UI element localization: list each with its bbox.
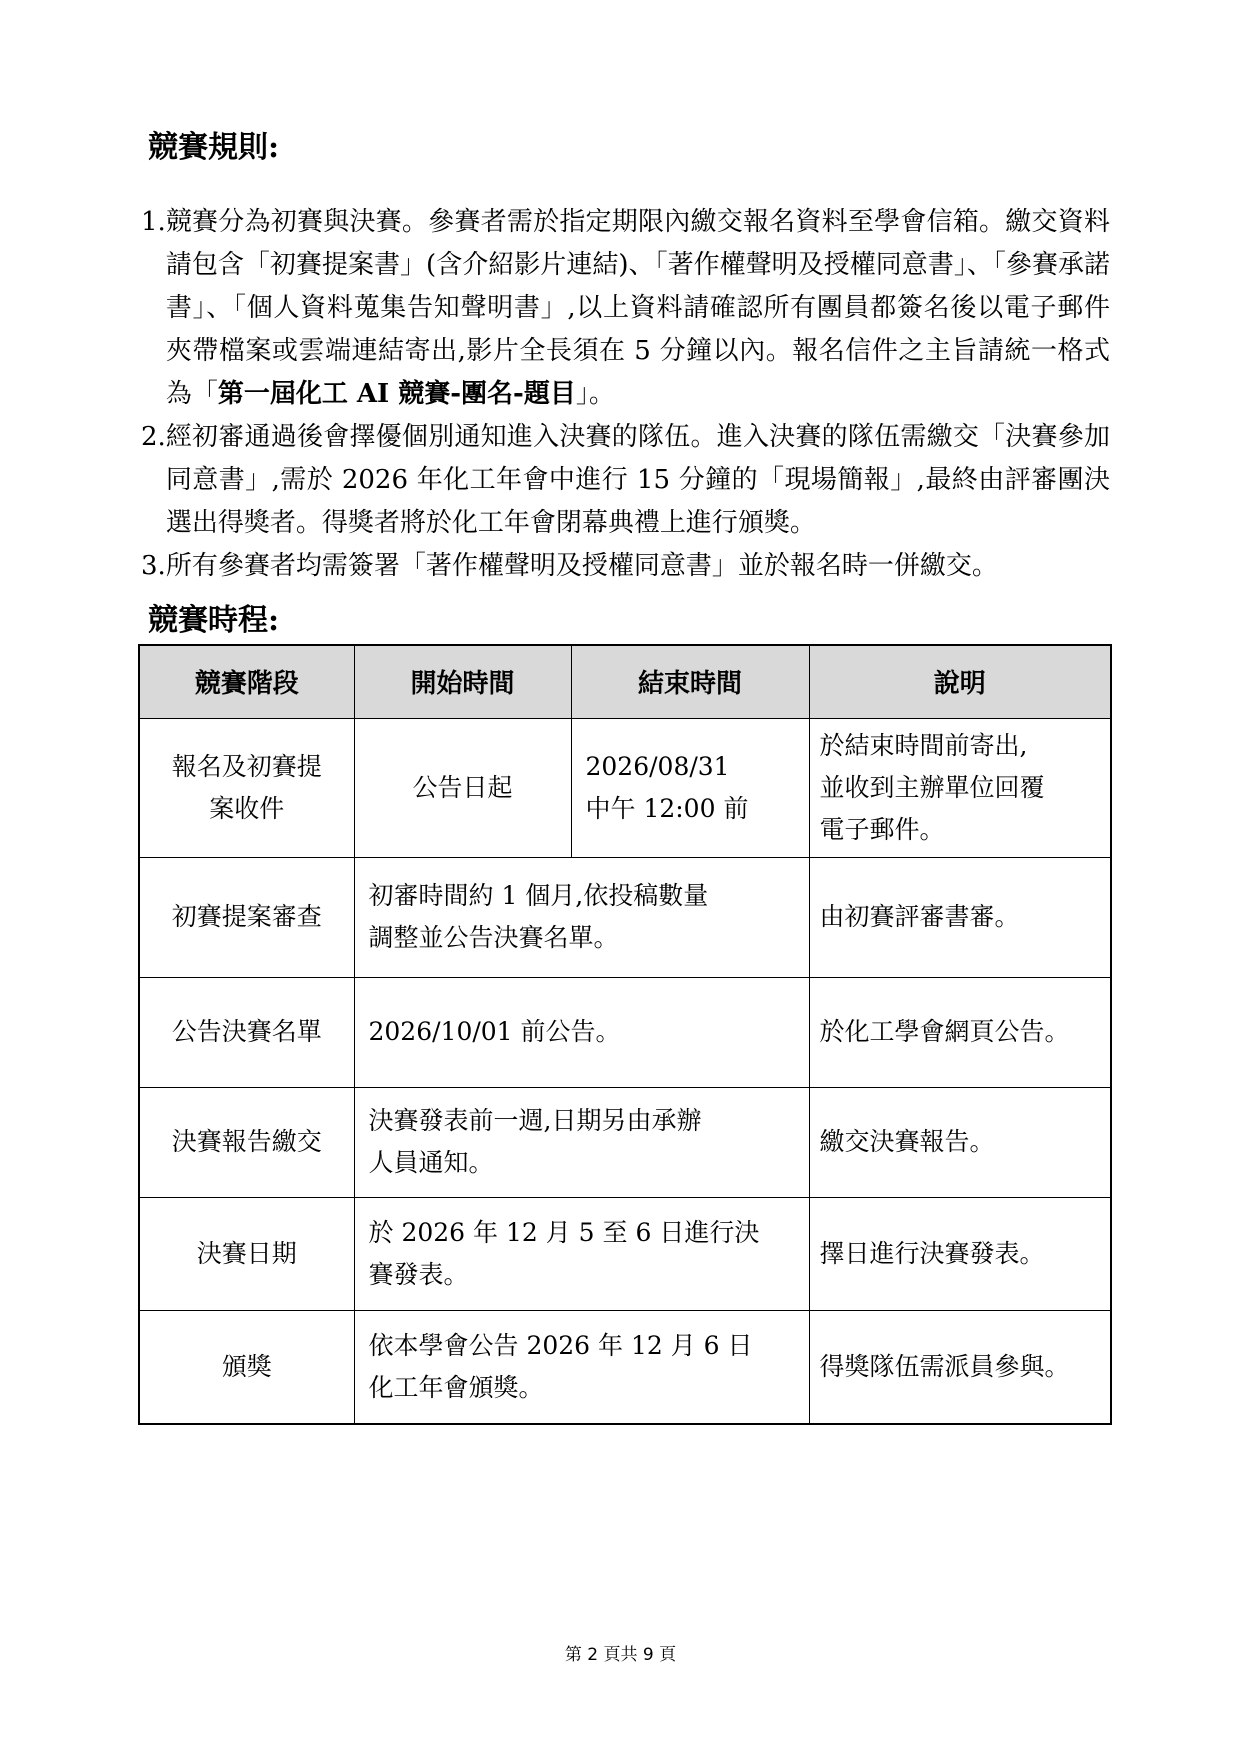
table-header-row: 競賽階段 開始時間 結束時間 說明 (139, 645, 1111, 718)
cell-start-time: 公告日起 (354, 718, 571, 857)
cell-time: 初審時間約 1 個月,依投稿數量 調整並公告決賽名單。 (354, 857, 809, 977)
table-row-final-report: 決賽報告繳交 決賽發表前一週,日期另由承辦 人員通知。 繳交決賽報告。 (139, 1087, 1111, 1197)
cell-time: 依本學會公告 2026 年 12 月 6 日 化工年會頒獎。 (354, 1310, 809, 1424)
cell-end-time: 2026/08/31 中午 12:00 前 (571, 718, 809, 857)
rule-item-number: 2. (141, 416, 166, 545)
cell-note: 繳交決賽報告。 (809, 1087, 1111, 1197)
rule-item-text: 競賽分為初賽與決賽。參賽者需於指定期限內繳交報名資料至學會信箱。繳交資料請包含「… (166, 201, 1110, 416)
page-footer: 第 2 頁共 9 頁 (0, 1640, 1241, 1665)
rule-item-text: 所有參賽者均需簽署「著作權聲明及授權同意書」並於報名時一併繳交。 (166, 545, 1110, 588)
rule-item-number: 1. (141, 201, 166, 416)
rule-item-2: 2. 經初審通過後會擇優個別通知進入決賽的隊伍。進入決賽的隊伍需繳交「決賽參加同… (141, 416, 1110, 545)
document-page: 競賽規則: 1. 競賽分為初賽與決賽。參賽者需於指定期限內繳交報名資料至學會信箱… (0, 0, 1241, 1755)
rule-item-3: 3. 所有參賽者均需簽署「著作權聲明及授權同意書」並於報名時一併繳交。 (141, 545, 1110, 588)
cell-time: 2026/10/01 前公告。 (354, 977, 809, 1087)
cell-time: 決賽發表前一週,日期另由承辦 人員通知。 (354, 1087, 809, 1197)
page-content: 競賽規則: 1. 競賽分為初賽與決賽。參賽者需於指定期限內繳交報名資料至學會信箱… (141, 131, 1110, 1425)
email-subject-format: 第一屆化工 AI 競賽-團名-題目 (218, 379, 576, 409)
table-row-preliminary-review: 初賽提案審查 初審時間約 1 個月,依投稿數量 調整並公告決賽名單。 由初賽評審… (139, 857, 1111, 977)
rule-1-text-after: 」。 (576, 379, 615, 409)
page-number: 第 2 頁共 9 頁 (565, 1645, 676, 1665)
header-cell-note: 說明 (809, 645, 1111, 718)
header-cell-stage: 競賽階段 (139, 645, 354, 718)
header-cell-end-time: 結束時間 (571, 645, 809, 718)
cell-stage: 初賽提案審查 (139, 857, 354, 977)
cell-note: 於化工學會網頁公告。 (809, 977, 1111, 1087)
rule-item-text: 經初審通過後會擇優個別通知進入決賽的隊伍。進入決賽的隊伍需繳交「決賽參加同意書」… (166, 416, 1110, 545)
cell-stage: 頒獎 (139, 1310, 354, 1424)
table-row-finalist-announcement: 公告決賽名單 2026/10/01 前公告。 於化工學會網頁公告。 (139, 977, 1111, 1087)
table-row-award-ceremony: 頒獎 依本學會公告 2026 年 12 月 6 日 化工年會頒獎。 得獎隊伍需派… (139, 1310, 1111, 1424)
rules-list: 1. 競賽分為初賽與決賽。參賽者需於指定期限內繳交報名資料至學會信箱。繳交資料請… (141, 201, 1110, 588)
header-cell-start-time: 開始時間 (354, 645, 571, 718)
cell-stage: 決賽日期 (139, 1197, 354, 1310)
cell-time: 於 2026 年 12 月 5 至 6 日進行決 賽發表。 (354, 1197, 809, 1310)
cell-note: 擇日進行決賽發表。 (809, 1197, 1111, 1310)
schedule-heading: 競賽時程: (148, 604, 1110, 638)
cell-note: 於結束時間前寄出, 並收到主辦單位回覆 電子郵件。 (809, 718, 1111, 857)
cell-note: 得獎隊伍需派員參與。 (809, 1310, 1111, 1424)
cell-stage: 報名及初賽提 案收件 (139, 718, 354, 857)
table-row-registration: 報名及初賽提 案收件 公告日起 2026/08/31 中午 12:00 前 於結… (139, 718, 1111, 857)
rule-item-1: 1. 競賽分為初賽與決賽。參賽者需於指定期限內繳交報名資料至學會信箱。繳交資料請… (141, 201, 1110, 416)
rules-heading: 競賽規則: (148, 131, 1110, 165)
rule-item-number: 3. (141, 545, 166, 588)
schedule-table: 競賽階段 開始時間 結束時間 說明 報名及初賽提 案收件 公告日起 2026/0… (138, 644, 1112, 1425)
cell-stage: 決賽報告繳交 (139, 1087, 354, 1197)
cell-note: 由初賽評審書審。 (809, 857, 1111, 977)
table-row-final-date: 決賽日期 於 2026 年 12 月 5 至 6 日進行決 賽發表。 擇日進行決… (139, 1197, 1111, 1310)
cell-stage: 公告決賽名單 (139, 977, 354, 1087)
